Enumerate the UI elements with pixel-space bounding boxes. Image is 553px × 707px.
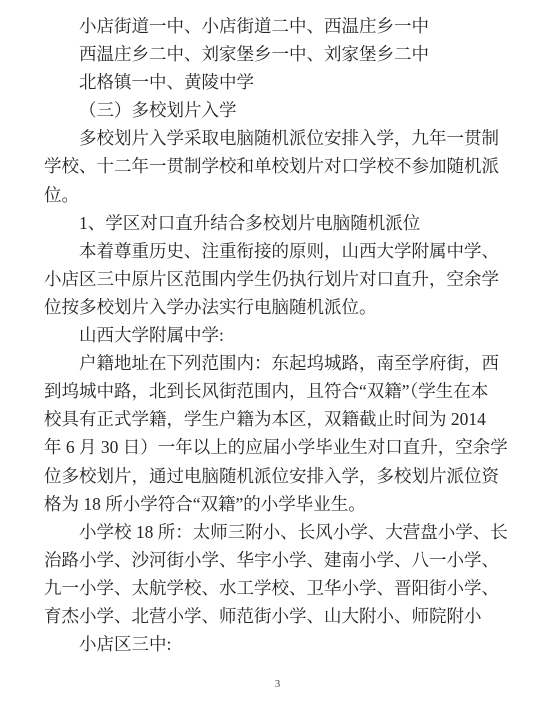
school-heading: 小店区三中: bbox=[44, 630, 511, 658]
text-line: 西温庄乡二中、刘家堡乡一中、刘家堡乡二中 bbox=[44, 40, 511, 68]
text-line: 位多校划片，通过电脑随机派位安排入学，多校划片派位资 bbox=[44, 462, 511, 490]
document-page: 小店街道一中、小店街道二中、西温庄乡一中 西温庄乡二中、刘家堡乡一中、刘家堡乡二… bbox=[0, 0, 553, 707]
text-line: 多校划片入学采取电脑随机派位安排入学，九年一贯制 bbox=[44, 124, 511, 152]
school-heading: 山西大学附属中学: bbox=[44, 321, 511, 349]
text-line: 小店街道一中、小店街道二中、西温庄乡一中 bbox=[44, 12, 511, 40]
text-line: 户籍地址在下列范围内：东起坞城路，南至学府街，西 bbox=[44, 349, 511, 377]
text-line: 治路小学、沙河街小学、华宇小学、建南小学、八一小学、 bbox=[44, 546, 511, 574]
subsection-heading: 1、学区对口直升结合多校划片电脑随机派位 bbox=[44, 209, 511, 237]
section-heading: （三）多校划片入学 bbox=[44, 96, 511, 124]
text-line: 到坞城中路，北到长风街范围内，且符合“双籍”（学生在本 bbox=[44, 377, 511, 405]
text-line: 本着尊重历史、注重衔接的原则，山西大学附属中学、 bbox=[44, 237, 511, 265]
text-line: 北格镇一中、黄陵中学 bbox=[44, 68, 511, 96]
text-line: 格为 18 所小学符合“双籍”的小学毕业生。 bbox=[44, 490, 511, 518]
document-body: 小店街道一中、小店街道二中、西温庄乡一中 西温庄乡二中、刘家堡乡一中、刘家堡乡二… bbox=[44, 12, 511, 658]
text-line: 位。 bbox=[44, 181, 511, 209]
text-line: 校具有正式学籍，学生户籍为本区，双籍截止时间为 2014 bbox=[44, 405, 511, 433]
page-number: 3 bbox=[44, 677, 511, 691]
text-line: 年 6 月 30 日）一年以上的应届小学毕业生对口直升，空余学 bbox=[44, 433, 511, 461]
text-line: 育杰小学、北营小学、师范街小学、山大附小、师院附小 bbox=[44, 602, 511, 630]
text-line: 小店区三中原片区范围内学生仍执行划片对口直升，空余学 bbox=[44, 265, 511, 293]
text-line: 小学校 18 所：太师三附小、长风小学、大营盘小学、长 bbox=[44, 518, 511, 546]
text-line: 九一小学、太航学校、水工学校、卫华小学、晋阳街小学、 bbox=[44, 574, 511, 602]
text-line: 位按多校划片入学办法实行电脑随机派位。 bbox=[44, 293, 511, 321]
text-line: 学校、十二年一贯制学校和单校划片对口学校不参加随机派 bbox=[44, 152, 511, 180]
